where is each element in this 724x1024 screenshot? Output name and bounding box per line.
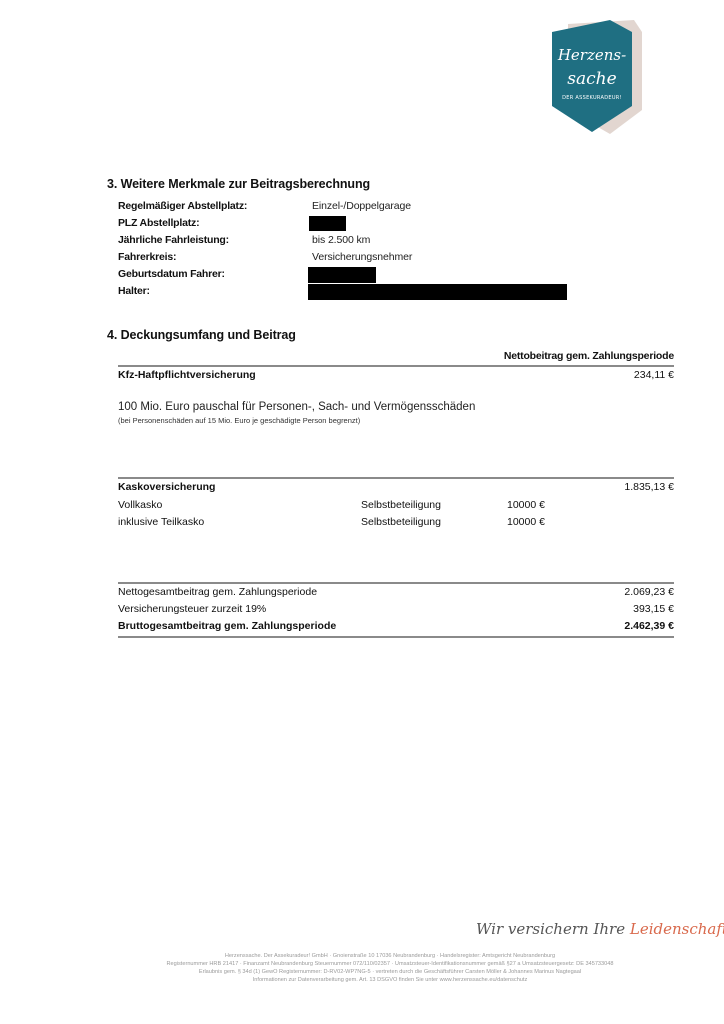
- coverage-amount: 1.835,13 €: [624, 481, 674, 493]
- total-label: Versicherungsteuer zurzeit 19%: [118, 603, 266, 615]
- field-value-fahrerkreis: Versicherungsnehmer: [312, 251, 412, 263]
- coverage-amount: 234,11 €: [634, 369, 674, 381]
- section-4-title: 4. Deckungsumfang und Beitrag: [107, 328, 296, 342]
- divider: [118, 365, 674, 367]
- footer-legal-text: Herzenssache. Der Assekuradeur! GmbH · G…: [100, 952, 680, 984]
- total-amount: 393,15 €: [633, 603, 674, 615]
- haftpflicht-note: (bei Personenschäden auf 15 Mio. Euro je…: [118, 416, 360, 425]
- field-label-geburtsdatum: Geburtsdatum Fahrer:: [118, 268, 225, 280]
- coverage-row-haftpflicht: Kfz-Haftpflichtversicherung 234,11 €: [118, 369, 674, 383]
- total-row-net: Nettogesamtbeitrag gem. Zahlungsperiode …: [118, 586, 674, 600]
- coverage-row-kasko: Kaskoversicherung 1.835,13 €: [118, 481, 674, 495]
- field-label-fahrerkreis: Fahrerkreis:: [118, 251, 176, 263]
- kasko-item-label: Vollkasko: [118, 499, 162, 511]
- redacted-geburtsdatum: [308, 267, 376, 283]
- deductible-value: 10000 €: [507, 499, 545, 511]
- section-3-title: 3. Weitere Merkmale zur Beitragsberechnu…: [107, 177, 370, 191]
- footer-line: Informationen zur Datenverarbeitung gem.…: [100, 976, 680, 984]
- footer-line: Herzenssache. Der Assekuradeur! GmbH · G…: [100, 952, 680, 960]
- slogan-accent: Leidenschaft!: [630, 920, 724, 938]
- divider: [118, 636, 674, 638]
- total-row-tax: Versicherungsteuer zurzeit 19% 393,15 €: [118, 603, 674, 617]
- haftpflicht-description: 100 Mio. Euro pauschal für Personen-, Sa…: [118, 401, 475, 413]
- coverage-label: Kaskoversicherung: [118, 481, 215, 493]
- company-logo: Herzens- sache DER ASSEKURADEUR!: [548, 18, 644, 136]
- shield-logo-icon: Herzens- sache DER ASSEKURADEUR!: [548, 18, 644, 136]
- field-label-abstellplatz: Regelmäßiger Abstellplatz:: [118, 200, 247, 212]
- field-label-plz: PLZ Abstellplatz:: [118, 217, 199, 229]
- svg-text:sache: sache: [567, 69, 616, 89]
- column-header-net-premium: Nettobeitrag gem. Zahlungsperiode: [504, 350, 674, 362]
- total-label: Nettogesamtbeitrag gem. Zahlungsperiode: [118, 586, 317, 598]
- deductible-label: Selbstbeteiligung: [361, 499, 441, 511]
- footer-line: Erlaubnis gem. § 34d (1) GewO Registernu…: [100, 968, 680, 976]
- field-label-fahrleistung: Jährliche Fahrleistung:: [118, 234, 229, 246]
- coverage-label: Kfz-Haftpflichtversicherung: [118, 369, 256, 381]
- field-value-fahrleistung: bis 2.500 km: [312, 234, 370, 246]
- divider: [118, 582, 674, 584]
- footer-slogan: Wir versichern Ihre Leidenschaft!: [476, 920, 724, 938]
- svg-text:Herzens-: Herzens-: [557, 46, 626, 64]
- footer-line: Registernummer HRB 21417 · Finanzamt Neu…: [100, 960, 680, 968]
- total-amount: 2.462,39 €: [624, 620, 674, 632]
- field-value-abstellplatz: Einzel-/Doppelgarage: [312, 200, 411, 212]
- svg-text:DER ASSEKURADEUR!: DER ASSEKURADEUR!: [562, 95, 622, 101]
- deductible-value: 10000 €: [507, 516, 545, 528]
- kasko-item-row: Vollkasko Selbstbeteiligung 10000 €: [118, 499, 674, 513]
- field-label-halter: Halter:: [118, 285, 150, 297]
- total-amount: 2.069,23 €: [624, 586, 674, 598]
- deductible-label: Selbstbeteiligung: [361, 516, 441, 528]
- kasko-item-label: inklusive Teilkasko: [118, 516, 204, 528]
- total-label: Bruttogesamtbeitrag gem. Zahlungsperiode: [118, 620, 336, 632]
- divider: [118, 477, 674, 479]
- redacted-halter: [308, 284, 567, 300]
- redacted-plz: [309, 216, 346, 231]
- kasko-item-row: inklusive Teilkasko Selbstbeteiligung 10…: [118, 516, 674, 530]
- total-row-gross: Bruttogesamtbeitrag gem. Zahlungsperiode…: [118, 620, 674, 634]
- slogan-main: Wir versichern Ihre: [476, 920, 630, 938]
